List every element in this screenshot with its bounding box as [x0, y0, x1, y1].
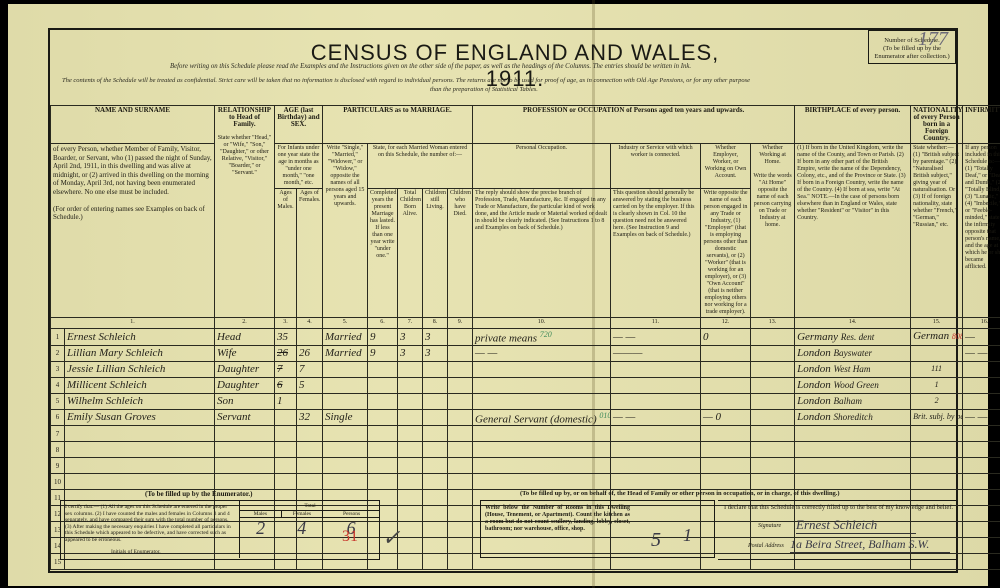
birthplace: London West Ham [795, 361, 911, 377]
signature: Ernest Schleich [796, 517, 916, 534]
declaration-text: I declare that this Schedule is correctl… [724, 504, 953, 511]
person-relationship: Son [215, 393, 275, 409]
col-number: 1. [51, 318, 215, 329]
total-born-heading: Total Children Born Alive. [398, 189, 423, 318]
blank-row: 7 [51, 426, 1000, 442]
employer-heading: Whether Employer, Worker, or Working on … [701, 144, 751, 189]
person-relationship: Wife [215, 345, 275, 361]
signature-label: Signature [758, 523, 781, 529]
birthplace: London Bayswater [795, 345, 911, 361]
personal-occupation: — — [473, 345, 611, 361]
col-header-name: NAME AND SURNAME [51, 106, 215, 144]
col-number: 4. [297, 318, 323, 329]
col-number: 9. [448, 318, 473, 329]
col-number: 11. [611, 318, 701, 329]
birthplace-instructions: (1) If born in the United Kingdom, write… [795, 144, 911, 318]
birthplace: London Wood Green [795, 377, 911, 393]
years-married-heading: Completed years the present Marriage has… [368, 189, 398, 318]
blank-row: 8 [51, 442, 1000, 458]
totals-box: Total Males Females Persons 2 4 6 [239, 501, 380, 558]
person-relationship: Daughter [215, 361, 275, 377]
age-female: 5 [297, 377, 323, 393]
blank-row: 10 [51, 474, 1000, 490]
person-name: Lillian Mary Schleich [65, 345, 215, 361]
marital-condition: Married [323, 329, 368, 346]
col-number: 2. [215, 318, 275, 329]
nationality: Brit. subj. by par [911, 409, 963, 426]
col-number: 12. [701, 318, 751, 329]
personal-occupation: private means 720 [473, 329, 611, 346]
rooms-mark: 1 [683, 525, 692, 546]
person-row: 1Ernest SchleichHead 35Married 933 priva… [51, 329, 1000, 346]
person-name: Millicent Schleich [65, 377, 215, 393]
red-annotation: 31 [342, 528, 358, 546]
col-number: 13. [751, 318, 795, 329]
person-row: 2Lillian Mary SchleichWife 2626Married 9… [51, 345, 1000, 361]
marital-condition: Married [323, 345, 368, 361]
col-number: 6. [368, 318, 398, 329]
enumerator-initials-label: Initials of Enumerator. [111, 549, 161, 556]
age-male: 7 [275, 361, 297, 377]
nationality [911, 345, 963, 361]
col-header-marriage: PARTICULARS as to MARRIAGE. [323, 106, 473, 144]
personal-occupation-heading: Personal Occupation. [473, 144, 611, 189]
person-name: Ernest Schleich [65, 329, 215, 346]
declaration-box: I declare that this Schedule is correctl… [718, 500, 956, 560]
head-caption: (To be filled up by, or on behalf of, th… [520, 490, 840, 497]
rooms-instructions: Write below the Number of Rooms in this … [485, 505, 630, 533]
infirmity-instructions: If any person included in this Schedule … [963, 144, 1000, 318]
col-header-relationship: RELATIONSHIP to Head of Family.State whe… [215, 106, 275, 318]
enumerator-box: I certify that:— (1) All the ages on thi… [60, 500, 380, 560]
ages-females-heading: Ages of Females. [297, 189, 323, 318]
age-instructions: For Infants under one year state the age… [275, 144, 323, 189]
name-instructions: of every Person, whether Member of Famil… [51, 144, 215, 318]
total-males: 2 [240, 518, 281, 539]
person-name: Jessie Lillian Schleich [65, 361, 215, 377]
postal-address-label: Postal Address [748, 543, 784, 549]
instruction-line-1: Before writing on this Schedule please r… [170, 63, 691, 70]
col-number: 10. [473, 318, 611, 329]
industry-heading: Industry or Service with which worker is… [611, 144, 701, 189]
instruction-line-2: The contents of the Schedule will be tre… [62, 77, 750, 84]
died-heading: Children who have Died. [448, 189, 473, 318]
instruction-line-3: than the preparation of Statistical Tabl… [430, 86, 538, 93]
person-name: Emily Susan Groves [65, 409, 215, 426]
living-heading: Children still Living. [423, 189, 448, 318]
enumerator-caption: (To be filled up by the Enumerator.) [145, 490, 252, 498]
col-number: 3. [275, 318, 297, 329]
age-female: 32 [297, 409, 323, 426]
birthplace: London Balham [795, 393, 911, 409]
postal-address: 1a Beira Street, Balham S.W. [790, 537, 950, 553]
person-relationship: Servant [215, 409, 275, 426]
personal-occupation-instructions: The reply should show the precise branch… [473, 189, 611, 318]
age-male: 35 [275, 329, 297, 346]
rooms-box: Write below the Number of Rooms in this … [480, 500, 715, 558]
col-header-occupation: PROFESSION or OCCUPATION of Persons aged… [473, 106, 795, 144]
birthplace: Germany Res. dent [795, 329, 911, 346]
condition-instructions: Write "Single," "Married," "Widower," or… [323, 144, 368, 318]
person-row: 6Emily Susan GrovesServant 32Single Gene… [51, 409, 1000, 426]
total-females: 4 [281, 518, 322, 539]
col-number: 15. [911, 318, 963, 329]
col-header-birthplace: BIRTHPLACE of every person. [795, 106, 911, 144]
industry-instructions: This question should generally be answer… [611, 189, 701, 318]
blank-row: 9 [51, 458, 1000, 474]
enumerator-certify-text: I certify that:— (1) All the ages on thi… [65, 504, 233, 543]
person-row: 5Wilhelm SchleichSon 1 London Balham 2 [51, 393, 1000, 409]
personal-occupation: General Servant (domestic) 010 [473, 409, 611, 426]
age-male: 1 [275, 393, 297, 409]
person-row: 3Jessie Lillian SchleichDaughter 77 Lond… [51, 361, 1000, 377]
person-name: Wilhelm Schleich [65, 393, 215, 409]
nationality-instructions: State whether:— (1) "British subject by … [911, 144, 963, 318]
age-female: 7 [297, 361, 323, 377]
rooms-count: 5 [651, 529, 661, 552]
married-women-note: State, for each Married Woman entered on… [368, 144, 473, 189]
ages-males-heading: Ages of Males. [275, 189, 297, 318]
person-relationship: Daughter [215, 377, 275, 393]
schedule-number: 177 [918, 28, 948, 51]
employer-instructions: Write opposite the name of each person e… [701, 189, 751, 318]
col-number: 14. [795, 318, 911, 329]
col-number: 16. [963, 318, 1000, 329]
age-male: 6 [275, 377, 297, 393]
nationality: German 808 [911, 329, 963, 346]
age-female: 26 [297, 345, 323, 361]
col-header-infirmity: INFIRMITY. [963, 106, 1000, 144]
birthplace: London Shoreditch [795, 409, 911, 426]
col-number: 5. [323, 318, 368, 329]
check-mark-icon: ✓ [382, 525, 400, 551]
col-number: 7. [398, 318, 423, 329]
col-number: 8. [423, 318, 448, 329]
marital-condition: Single [323, 409, 368, 426]
at-home-instructions: Whether Working at Home.Write the words … [751, 144, 795, 318]
col-header-age: AGE (last Birthday) and SEX. [275, 106, 323, 144]
age-female [297, 329, 323, 346]
col-header-nationality: NATIONALITY of every Person born in a Fo… [911, 106, 963, 144]
age-male: 26 [275, 345, 297, 361]
person-row: 4Millicent SchleichDaughter 65 London Wo… [51, 377, 1000, 393]
person-relationship: Head [215, 329, 275, 346]
